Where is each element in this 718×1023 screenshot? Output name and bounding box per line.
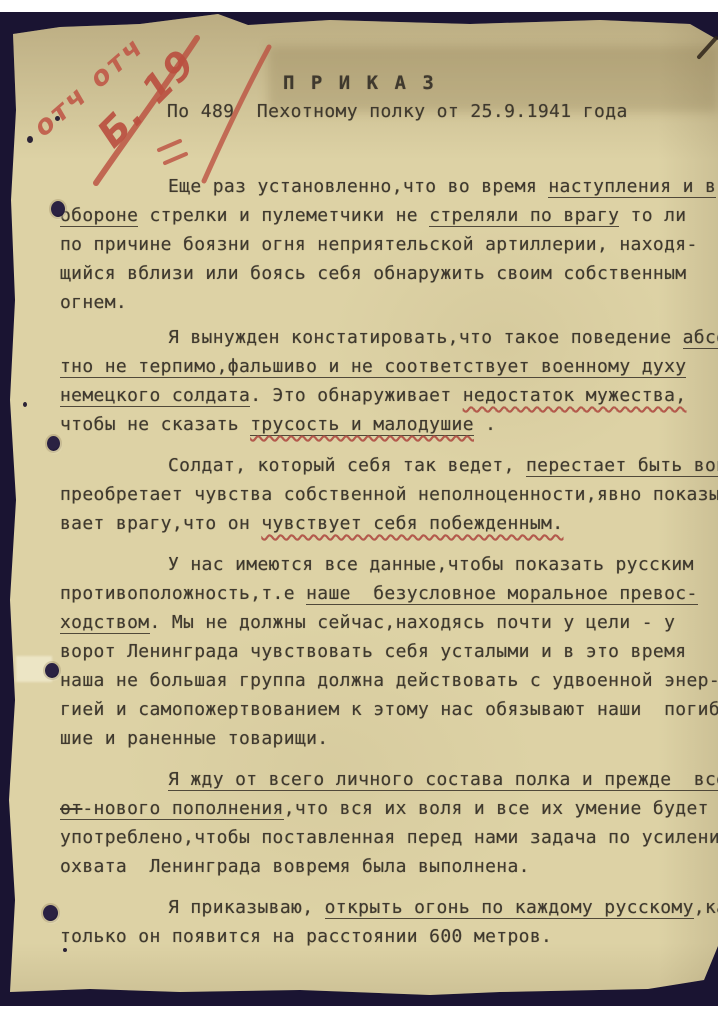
text-line: вает врагу,что он чувствует себя побежде…: [60, 509, 718, 538]
text-line: Солдат, который себя так ведет, перестае…: [60, 451, 718, 480]
marked-text-segment: трусость и малодушие: [250, 414, 474, 436]
text-segment: то ли: [619, 205, 686, 226]
marked-text-segment: недостаток мужества,: [463, 385, 687, 406]
punch-hole: [45, 663, 59, 678]
text-segment: чтобы не сказать: [60, 414, 250, 435]
text-line: преобретает чувства собственной неполноц…: [60, 480, 718, 509]
text-line: тно не терпимо,фальшиво и не соответству…: [60, 352, 718, 381]
text-segment: Я приказываю,: [168, 897, 325, 918]
text-segment: Я вынужден констатировать,что такое пове…: [168, 327, 683, 348]
marked-text-segment: перестает быть воином: [526, 455, 718, 477]
marked-text-segment: абсолю-: [683, 327, 718, 349]
text-segment: наша не большая группа должна действоват…: [60, 670, 718, 691]
paragraph: У нас имеются все данные,чтобы показать …: [60, 550, 718, 753]
paragraph: Я приказываю, открыть огонь по каждому р…: [60, 893, 718, 951]
text-segment: . Мы не должны сейчас,находясь почти у ц…: [150, 612, 676, 633]
paragraph: Солдат, который себя так ведет, перестае…: [60, 451, 718, 538]
text-line: Я приказываю, открыть огонь по каждому р…: [60, 893, 718, 922]
marked-text-segment: тно не терпимо,фальшиво и не соответству…: [60, 356, 686, 378]
text-segment: преобретает чувства собственной неполноц…: [60, 484, 718, 505]
text-segment: только он появится на расстоянии 600 мет…: [60, 926, 552, 947]
text-line: Я вынужден констатировать,что такое пове…: [60, 323, 718, 352]
paper-speck: [23, 402, 27, 407]
text-line: Еще раз установленно,что во время наступ…: [60, 172, 718, 201]
marked-text-segment: немецкого солдата: [60, 385, 250, 407]
text-line: немецкого солдата. Это обнаруживает недо…: [60, 381, 718, 410]
marked-text-segment: Я жду от всего личного состава полка и п…: [168, 769, 718, 791]
text-line: от-нового пополнения,что вся их воля и в…: [60, 794, 718, 823]
text-segment: ,как: [694, 897, 718, 918]
paper-sheet: П Р И К А З По 489 Пехотному полку от 25…: [0, 0, 718, 1023]
text-segment: охвата Ленинграда вовремя была выполнена…: [60, 856, 530, 877]
text-line: ворот Ленинграда чувствовать себя усталы…: [60, 637, 718, 666]
paper-speck: [27, 136, 33, 143]
text-segment: У нас имеются все данные,чтобы показать …: [168, 554, 694, 575]
paragraph: Еще раз установленно,что во время наступ…: [60, 172, 718, 317]
text-segment: .: [474, 414, 496, 435]
text-segment: огнем.: [60, 292, 127, 313]
text-segment: стрелки и пулеметчики не: [138, 205, 429, 226]
scanned-document-page: П Р И К А З По 489 Пехотному полку от 25…: [0, 0, 718, 1023]
marked-text-segment: наступления и в: [548, 176, 716, 198]
text-line: по причине боязни огня неприятельской ар…: [60, 230, 718, 259]
text-segment: употреблено,чтобы поставленная перед нам…: [60, 827, 718, 848]
text-segment: гией и самопожертвованием к этому нас об…: [60, 699, 718, 720]
text-line: гией и самопожертвованием к этому нас об…: [60, 695, 718, 724]
text-line: обороне стрелки и пулеметчики не стрелял…: [60, 201, 718, 230]
paragraph: Я вынужден констатировать,что такое пове…: [60, 323, 718, 439]
text-segment: щийся вблизи или боясь себя обнаружить с…: [60, 263, 686, 284]
marked-text-segment: ходством: [60, 612, 150, 634]
text-segment: вает врагу,что он: [60, 513, 261, 534]
marked-text-segment: от: [60, 798, 82, 820]
punch-hole: [51, 201, 65, 217]
text-line: щийся вблизи или боясь себя обнаружить с…: [60, 259, 718, 288]
document-subtitle: По 489 Пехотному полку от 25.9.1941 года: [167, 101, 628, 122]
marked-text-segment: открыть огонь по каждому русскому: [325, 897, 694, 919]
text-segment: . Это обнаруживает: [250, 385, 463, 406]
text-segment: ворот Ленинграда чувствовать себя усталы…: [60, 641, 686, 662]
marked-text-segment: обороне: [60, 205, 138, 227]
document-body: Еще раз установленно,что во время наступ…: [60, 172, 718, 951]
text-line: Я жду от всего личного состава полка и п…: [60, 765, 718, 794]
document-title: П Р И К А З: [283, 72, 436, 94]
marked-text-segment: чувствует себя побежденным.: [261, 513, 563, 534]
text-segment: Еще раз установленно,что во время: [168, 176, 548, 197]
text-line: шие и раненные товарищи.: [60, 724, 718, 753]
text-line: противоположность,т.е наше безусловное м…: [60, 579, 718, 608]
text-line: только он появится на расстоянии 600 мет…: [60, 922, 718, 951]
punch-hole: [47, 436, 60, 451]
text-line: чтобы не сказать трусость и малодушие .: [60, 410, 718, 439]
text-segment: ,что вся их воля и все их умение будет: [284, 798, 709, 819]
text-line: охвата Ленинграда вовремя была выполнена…: [60, 852, 718, 881]
paper-speck: [63, 948, 67, 952]
paper-speck: [55, 116, 60, 121]
text-line: огнем.: [60, 288, 718, 317]
paragraph: Я жду от всего личного состава полка и п…: [60, 765, 718, 881]
text-segment: по причине боязни огня неприятельской ар…: [60, 234, 698, 255]
marked-text-segment: стреляли по врагу: [429, 205, 619, 227]
text-segment: шие и раненные товарищи.: [60, 728, 329, 749]
text-line: ходством. Мы не должны сейчас,находясь п…: [60, 608, 718, 637]
text-line: употреблено,чтобы поставленная перед нам…: [60, 823, 718, 852]
text-line: наша не большая группа должна действоват…: [60, 666, 718, 695]
text-segment: противоположность,т.е: [60, 583, 306, 604]
punch-hole: [43, 905, 58, 921]
marked-text-segment: -нового пополнения: [82, 798, 283, 820]
marked-text-segment: наше безусловное моральное превос-: [306, 583, 698, 605]
text-segment: Солдат, который себя так ведет,: [168, 455, 526, 476]
text-line: У нас имеются все данные,чтобы показать …: [60, 550, 718, 579]
